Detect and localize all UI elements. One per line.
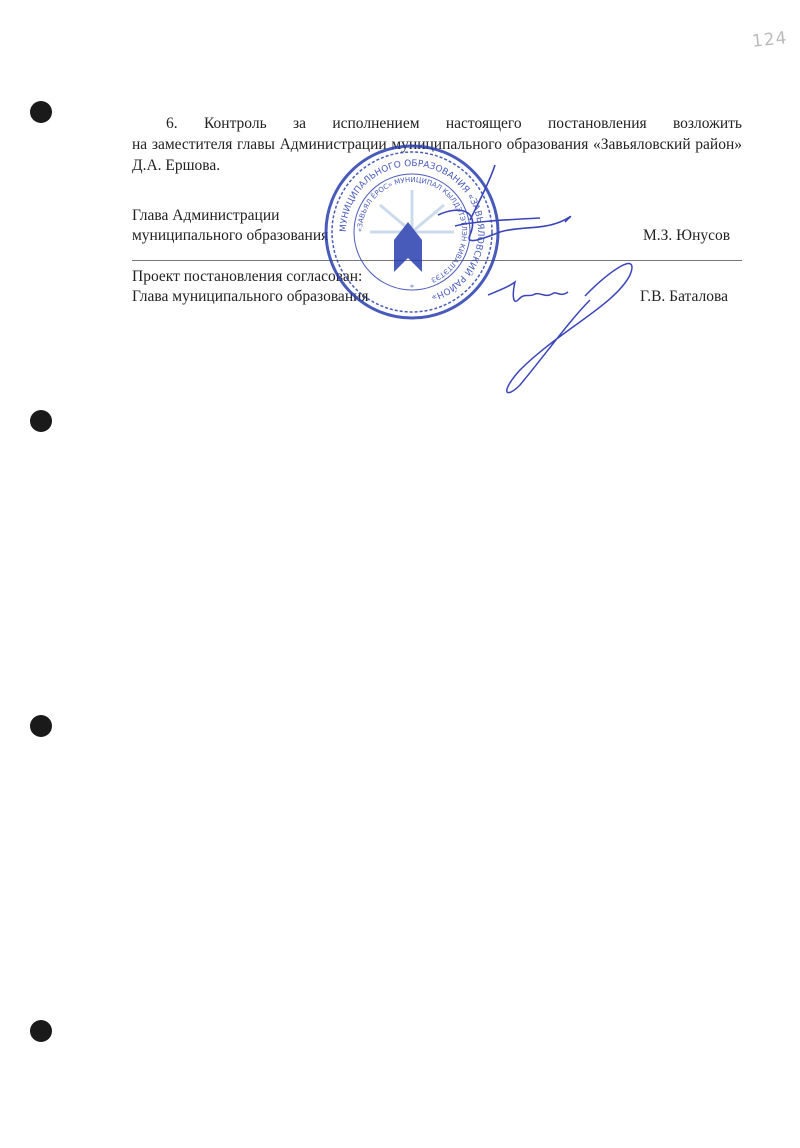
svg-text:*: * [410,283,414,292]
official-stamp: МУНИЦИПАЛЬНОГО ОБРАЗОВАНИЯ «ЗАВЬЯЛОВСКИЙ… [326,146,498,318]
approval-signature [488,264,632,393]
stamp-and-signatures: МУНИЦИПАЛЬНОГО ОБРАЗОВАНИЯ «ЗАВЬЯЛОВСКИЙ… [0,0,800,1148]
